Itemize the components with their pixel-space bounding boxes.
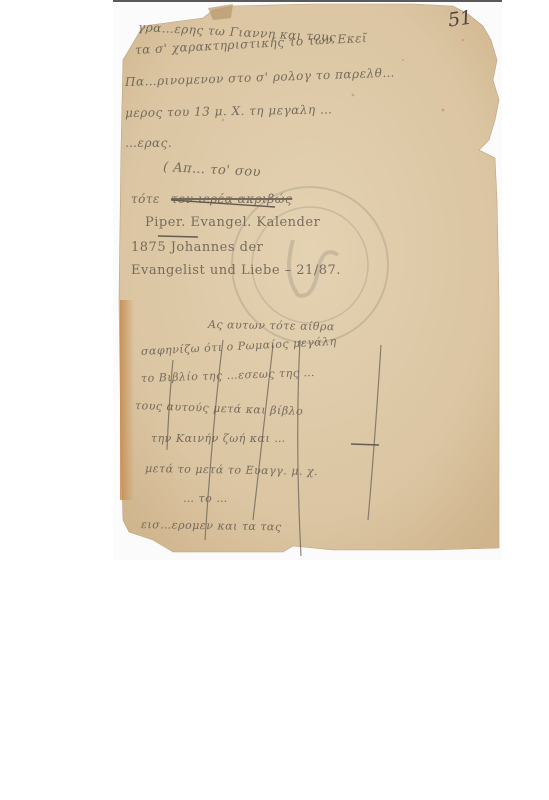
manuscript-line: Ας αυτων τότε αίθρα xyxy=(208,318,335,333)
manuscript-line: 1875 Johannes der xyxy=(131,240,263,255)
scan-frame: 51 γρα…ερης τω Γιαννη και τους τα σ' χαρ… xyxy=(113,0,502,560)
struck-text: τον ιερέα ακριβώς xyxy=(171,192,292,206)
manuscript-line: την Καινήν ζωή και … xyxy=(151,432,286,445)
manuscript-line: …ερας. xyxy=(125,136,172,150)
scan-top-border xyxy=(113,0,502,2)
manuscript-line: τότε xyxy=(131,192,160,206)
manuscript-line: εισ…ερομεν και τα τας xyxy=(141,518,282,533)
manuscript-line: … το … xyxy=(183,492,228,505)
folio-number: 51 xyxy=(447,6,474,31)
manuscript-line: Piper. Evangel. Kalender xyxy=(145,215,320,230)
manuscript-line: Evangelist und Liebe – 21/87. xyxy=(131,263,341,278)
manuscript-page: 51 γρα…ερης τω Γιαννη και τους τα σ' χαρ… xyxy=(113,0,502,560)
